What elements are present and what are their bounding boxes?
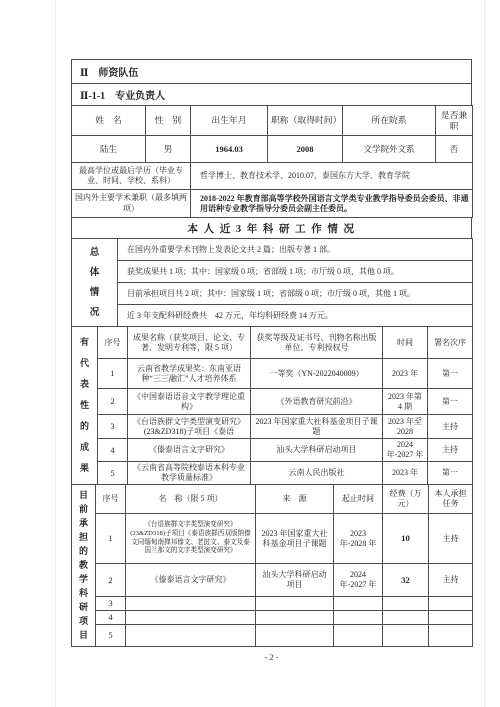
proj-name: [126, 610, 256, 624]
proj-header-fund: 经费（万元）: [383, 485, 429, 514]
proj-no: 5: [96, 624, 126, 646]
ach-award: 《外语教育研究前沿》: [251, 389, 383, 415]
proj-header-source: 来 源: [256, 485, 334, 514]
proj-no: 3: [96, 597, 126, 611]
degree-value: 哲学博士、教育技术学、2010.07、泰国东方大学、教育学院: [191, 163, 473, 190]
overall-awards: 获奖成果共 1 项；其中：国家级 0 项；省部级 1 项；市厅级 0 项，其他 …: [118, 261, 473, 283]
achievements-table: 有代表性的成果 序号 成果名称（获奖项目、论文、专著、发明专利等，限 5 项） …: [71, 326, 473, 485]
personal-info-table: 姓 名 性 别 出生年月 职称（取得时间） 所在院系 是否兼职 陆生 男 196…: [71, 105, 473, 163]
ach-order: 第一: [428, 389, 473, 415]
proj-source: [256, 624, 334, 646]
ach-time: 2023 年至 2028: [383, 415, 428, 439]
ach-name: 《傣泰语言文字研究》: [128, 439, 251, 462]
achievement-row: 5 《云南省高等院校泰语本科专业教学质量标准》 云南人民出版社 2023 年 第…: [72, 462, 473, 485]
value-parttime: 否: [436, 136, 473, 163]
proj-period: 2023 年-2028 年: [334, 514, 383, 564]
overall-row: 获奖成果共 1 项；其中：国家级 0 项；省部级 1 项；市厅级 0 项，其他 …: [72, 261, 473, 283]
proj-period: [334, 624, 383, 646]
ach-name: 《中国泰语语音文字教学理论重构》: [128, 389, 251, 415]
overall-table: 总体情况 在国内外重要学术刊物上发表论文共 2 篇；出版专著 1 部。 获奖成果…: [71, 238, 473, 327]
value-title: 2008: [268, 136, 343, 163]
degree-row: 最高学位或最后学历（毕业专业、时间、学校、系科） 哲学博士、教育技术学、2010…: [72, 163, 473, 190]
proj-task: [429, 624, 473, 646]
ach-award: 2023 年国家重大社科基金项目子课题: [251, 415, 383, 439]
achievement-row: 2 《中国泰语语音文字教学理论重构》 《外语教育研究前沿》 2023 年第 4 …: [72, 389, 473, 415]
section-title: Ⅱ 师资队伍: [71, 59, 472, 84]
project-row: 1 《台语族群文字类型演变研究》(23&ZD318)子项目《泰语族群西双版纳傣文…: [72, 514, 473, 564]
proj-period: 2024 年-2027 年: [334, 564, 383, 597]
proj-header-period: 起止时间: [334, 485, 383, 514]
header-birth: 出生年月: [191, 106, 268, 136]
achievements-header-row: 有代表性的成果 序号 成果名称（获奖项目、论文、专著、发明专利等，限 5 项） …: [72, 327, 473, 359]
personal-info-value-row: 陆生 男 1964.03 2008 文学院外文系 否: [72, 136, 473, 163]
ach-name: 云南省教学成果奖：东南亚语种“三三融汇”人才培养体系: [128, 359, 251, 389]
projects-label: 目前承担的教学科研项目: [72, 485, 96, 647]
academic-value: 2018-2022 年教育部高等学校外国语言文学类专业教学指导委员会委员、非通用…: [191, 190, 473, 218]
proj-source: 2023 年国家重大社科基金项目子课题: [256, 514, 334, 564]
header-title: 职称（取得时间）: [268, 106, 343, 136]
proj-fund: [383, 624, 429, 646]
proj-no: 1: [96, 514, 126, 564]
header-gender: 性 别: [146, 106, 191, 136]
ach-award: 云南人民出版社: [251, 462, 383, 485]
ach-time: 2023 年: [383, 359, 428, 389]
proj-fund: [383, 610, 429, 624]
ach-name: 《云南省高等院校泰语本科专业教学质量标准》: [128, 462, 251, 485]
proj-task: 主持: [429, 564, 473, 597]
ach-header-order: 署名次序: [428, 327, 473, 359]
degree-table: 最高学位或最后学历（毕业专业、时间、学校、系科） 哲学博士、教育技术学、2010…: [71, 162, 473, 218]
ach-time: 2023 年: [383, 462, 428, 485]
achievements-label: 有代表性的成果: [72, 327, 98, 485]
header-name: 姓 名: [72, 106, 146, 136]
ach-order: 第一: [428, 462, 473, 485]
ach-name: 《台语族群文字类型演变研究》(23&ZD318)子项目《泰语: [128, 415, 251, 439]
achievement-row: 4 《傣泰语言文字研究》 汕头大学科研启动项目 2024 年-2027 年 主持: [72, 439, 473, 462]
project-row-empty: 4: [72, 610, 473, 624]
ach-header-no: 序号: [98, 327, 128, 359]
proj-header-no: 序号: [96, 485, 126, 514]
overall-row: 近 3 年支配科研经费共 42 万元，年均科研经费 14 万元。: [72, 305, 473, 327]
page-number: - 2 -: [71, 652, 472, 662]
section-subtitle: Ⅱ-1-1 专业负责人: [71, 83, 472, 106]
proj-source: [256, 597, 334, 611]
proj-fund: [383, 597, 429, 611]
value-name: 陆生: [72, 136, 146, 163]
achievement-row: 3 《台语族群文字类型演变研究》(23&ZD318)子项目《泰语 2023 年国…: [72, 415, 473, 439]
proj-task: [429, 610, 473, 624]
overall-papers: 在国内外重要学术刊物上发表论文共 2 篇；出版专著 1 部。: [118, 239, 473, 261]
proj-source: [256, 610, 334, 624]
proj-fund: 10: [383, 514, 429, 564]
proj-source: 汕头大学科研启动项目: [256, 564, 334, 597]
value-department: 文学院外文系: [343, 136, 436, 163]
proj-task: [429, 597, 473, 611]
academic-label: 国内外主要学术兼职（最多填两项）: [72, 190, 191, 218]
overall-label: 总体情况: [72, 239, 118, 327]
ach-time: 2023 年第 4 期: [383, 389, 428, 415]
proj-name: [126, 624, 256, 646]
achievement-row: 1 云南省教学成果奖：东南亚语种“三三融汇”人才培养体系 一等奖（YN-2022…: [72, 359, 473, 389]
proj-period: [334, 597, 383, 611]
projects-header-row: 目前承担的教学科研项目 序号 名 称（限 5 项） 来 源 起止时间 经费（万元…: [72, 485, 473, 514]
ach-award: 一等奖（YN-2022040009）: [251, 359, 383, 389]
proj-fund: 32: [383, 564, 429, 597]
proj-header-name: 名 称（限 5 项）: [126, 485, 256, 514]
overall-projects: 目前承担项目共 2 项；其中：国家级 1 项；省部级 0 项；市厅级 0 项，其…: [118, 283, 473, 305]
proj-name: 《傣泰语言文字研究》: [126, 564, 256, 597]
proj-task: 主持: [429, 514, 473, 564]
ach-no: 2: [98, 389, 128, 415]
project-row-empty: 3: [72, 597, 473, 611]
proj-no: 2: [96, 564, 126, 597]
proj-no: 4: [96, 610, 126, 624]
ach-order: 主持: [428, 439, 473, 462]
ach-header-award: 获奖等级及证书号、刊物名称出版单位、专利授权号: [251, 327, 383, 359]
ach-order: 主持: [428, 415, 473, 439]
overall-row: 总体情况 在国内外重要学术刊物上发表论文共 2 篇；出版专著 1 部。: [72, 239, 473, 261]
ach-no: 3: [98, 415, 128, 439]
value-birth: 1964.03: [191, 136, 268, 163]
proj-name: [126, 597, 256, 611]
overall-row: 目前承担项目共 2 项；其中：国家级 1 项；省部级 0 项；市厅级 0 项，其…: [72, 283, 473, 305]
academic-post-row: 国内外主要学术兼职（最多填两项） 2018-2022 年教育部高等学校外国语言文…: [72, 190, 473, 218]
ach-order: 第一: [428, 359, 473, 389]
research-banner: 本 人 近 3 年 科 研 工 作 情 况: [71, 217, 472, 239]
degree-label: 最高学位或最后学历（毕业专业、时间、学校、系科）: [72, 163, 191, 190]
ach-header-name: 成果名称（获奖项目、论文、专著、发明专利等，限 5 项）: [128, 327, 251, 359]
ach-no: 5: [98, 462, 128, 485]
project-row-empty: 5: [72, 624, 473, 646]
overall-funding: 近 3 年支配科研经费共 42 万元，年均科研经费 14 万元。: [118, 305, 473, 327]
faculty-form: Ⅱ 师资队伍 Ⅱ-1-1 专业负责人 姓 名 性 别 出生年月 职称（取得时间）…: [71, 59, 472, 647]
projects-table: 目前承担的教学科研项目 序号 名 称（限 5 项） 来 源 起止时间 经费（万元…: [71, 484, 473, 647]
ach-header-time: 时间: [383, 327, 428, 359]
ach-award: 汕头大学科研启动项目: [251, 439, 383, 462]
proj-name: 《台语族群文字类型演变研究》(23&ZD318)子项目《泰语族群西双版纳傣文同缅…: [126, 514, 256, 564]
ach-no: 4: [98, 439, 128, 462]
personal-info-header-row: 姓 名 性 别 出生年月 职称（取得时间） 所在院系 是否兼职: [72, 106, 473, 136]
header-parttime: 是否兼职: [436, 106, 473, 136]
value-gender: 男: [146, 136, 191, 163]
project-row: 2 《傣泰语言文字研究》 汕头大学科研启动项目 2024 年-2027 年 32…: [72, 564, 473, 597]
ach-no: 1: [98, 359, 128, 389]
proj-period: [334, 610, 383, 624]
ach-time: 2024 年-2027 年: [383, 439, 428, 462]
proj-header-task: 本人承担任务: [429, 485, 473, 514]
header-department: 所在院系: [343, 106, 436, 136]
